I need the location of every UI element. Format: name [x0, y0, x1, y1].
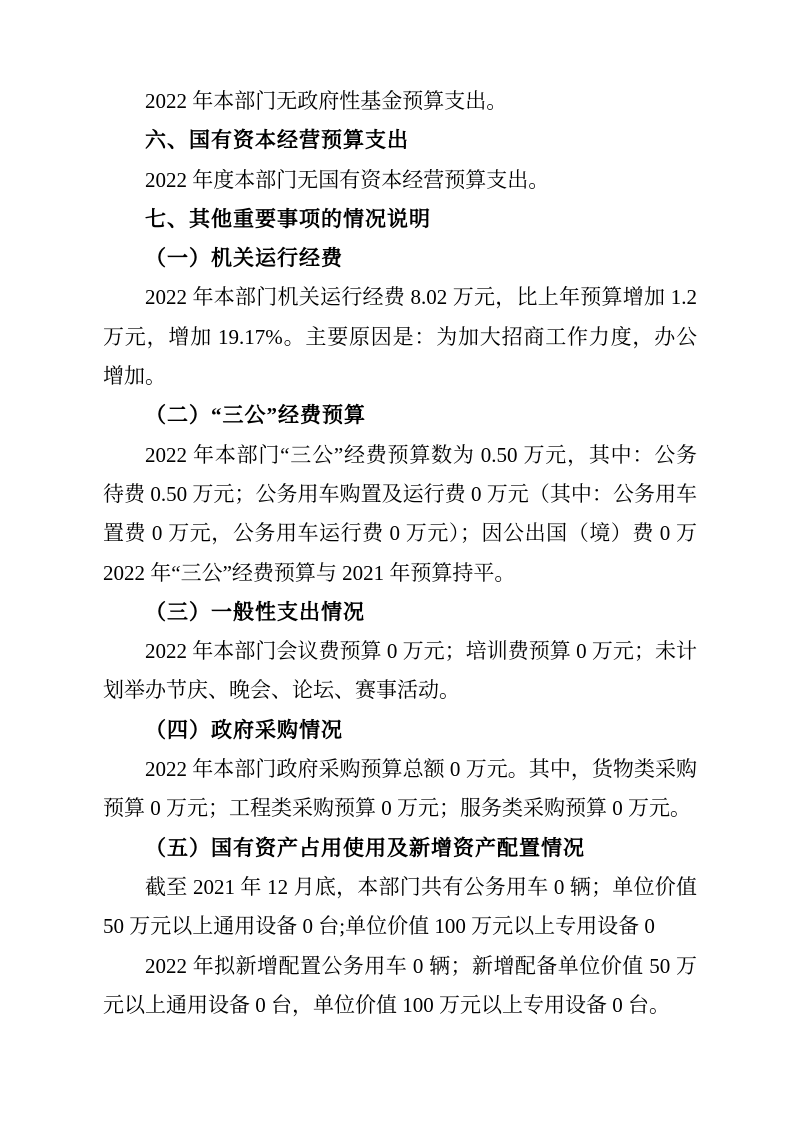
- paragraph-operating-funds-line-2: 万元，增加 19.17%。主要原因是：为加大招商工作力度，办公经费: [103, 318, 697, 357]
- paragraph-assets-new-line-1: 2022 年拟新增配置公务用车 0 辆；新增配备单位价值 50 万: [103, 947, 697, 986]
- subsection-heading-4-government-procurement: （四）政府采购情况: [103, 711, 697, 750]
- section-heading-6-state-capital: 六、国有资本经营预算支出: [103, 121, 697, 160]
- document-content: 2022 年本部门无政府性基金预算支出。 六、国有资本经营预算支出 2022 年…: [103, 82, 697, 1025]
- paragraph-operating-funds-line-3: 增加。: [103, 357, 697, 396]
- paragraph-general-expenditure-line-2: 划举办节庆、晚会、论坛、赛事活动。: [103, 671, 697, 710]
- subsection-heading-5-state-assets: （五）国有资产占用使用及新增资产配置情况: [103, 829, 697, 868]
- subsection-heading-1-operating-funds: （一）机关运行经费: [103, 239, 697, 278]
- paragraph-assets-new-line-2: 元以上通用设备 0 台，单位价值 100 万元以上专用设备 0 台。: [103, 986, 697, 1025]
- paragraph-general-expenditure-line-1: 2022 年本部门会议费预算 0 万元；培训费预算 0 万元；未计: [103, 632, 697, 671]
- paragraph-three-public-line-3: 置费 0 万元，公务用车运行费 0 万元）；因公出国（境）费 0 万元。: [103, 514, 697, 553]
- paragraph-assets-current-line-1: 截至 2021 年 12 月底，本部门共有公务用车 0 辆；单位价值: [103, 868, 697, 907]
- subsection-heading-3-general-expenditure: （三）一般性支出情况: [103, 593, 697, 632]
- paragraph-procurement-line-1: 2022 年本部门政府采购预算总额 0 万元。其中，货物类采购: [103, 750, 697, 789]
- paragraph-procurement-line-2: 预算 0 万元；工程类采购预算 0 万元；服务类采购预算 0 万元。: [103, 789, 697, 828]
- subsection-heading-2-three-public-budget: （二）“三公”经费预算: [103, 396, 697, 435]
- paragraph-three-public-line-2: 待费 0.50 万元；公务用车购置及运行费 0 万元（其中：公务用车购: [103, 475, 697, 514]
- paragraph-assets-current-line-2: 50 万元以上通用设备 0 台;单位价值 100 万元以上专用设备 0 台。: [103, 907, 697, 946]
- paragraph-no-state-capital-expenditure: 2022 年度本部门无国有资本经营预算支出。: [103, 161, 697, 200]
- section-heading-7-other-matters: 七、其他重要事项的情况说明: [103, 200, 697, 239]
- paragraph-no-govfund-expenditure: 2022 年本部门无政府性基金预算支出。: [103, 82, 697, 121]
- paragraph-three-public-line-4: 2022 年“三公”经费预算与 2021 年预算持平。: [103, 554, 697, 593]
- document-page: 2022 年本部门无政府性基金预算支出。 六、国有资本经营预算支出 2022 年…: [0, 0, 794, 1122]
- paragraph-three-public-line-1: 2022 年本部门“三公”经费预算数为 0.50 万元，其中：公务接: [103, 436, 697, 475]
- paragraph-operating-funds-line-1: 2022 年本部门机关运行经费 8.02 万元，比上年预算增加 1.29: [103, 278, 697, 317]
